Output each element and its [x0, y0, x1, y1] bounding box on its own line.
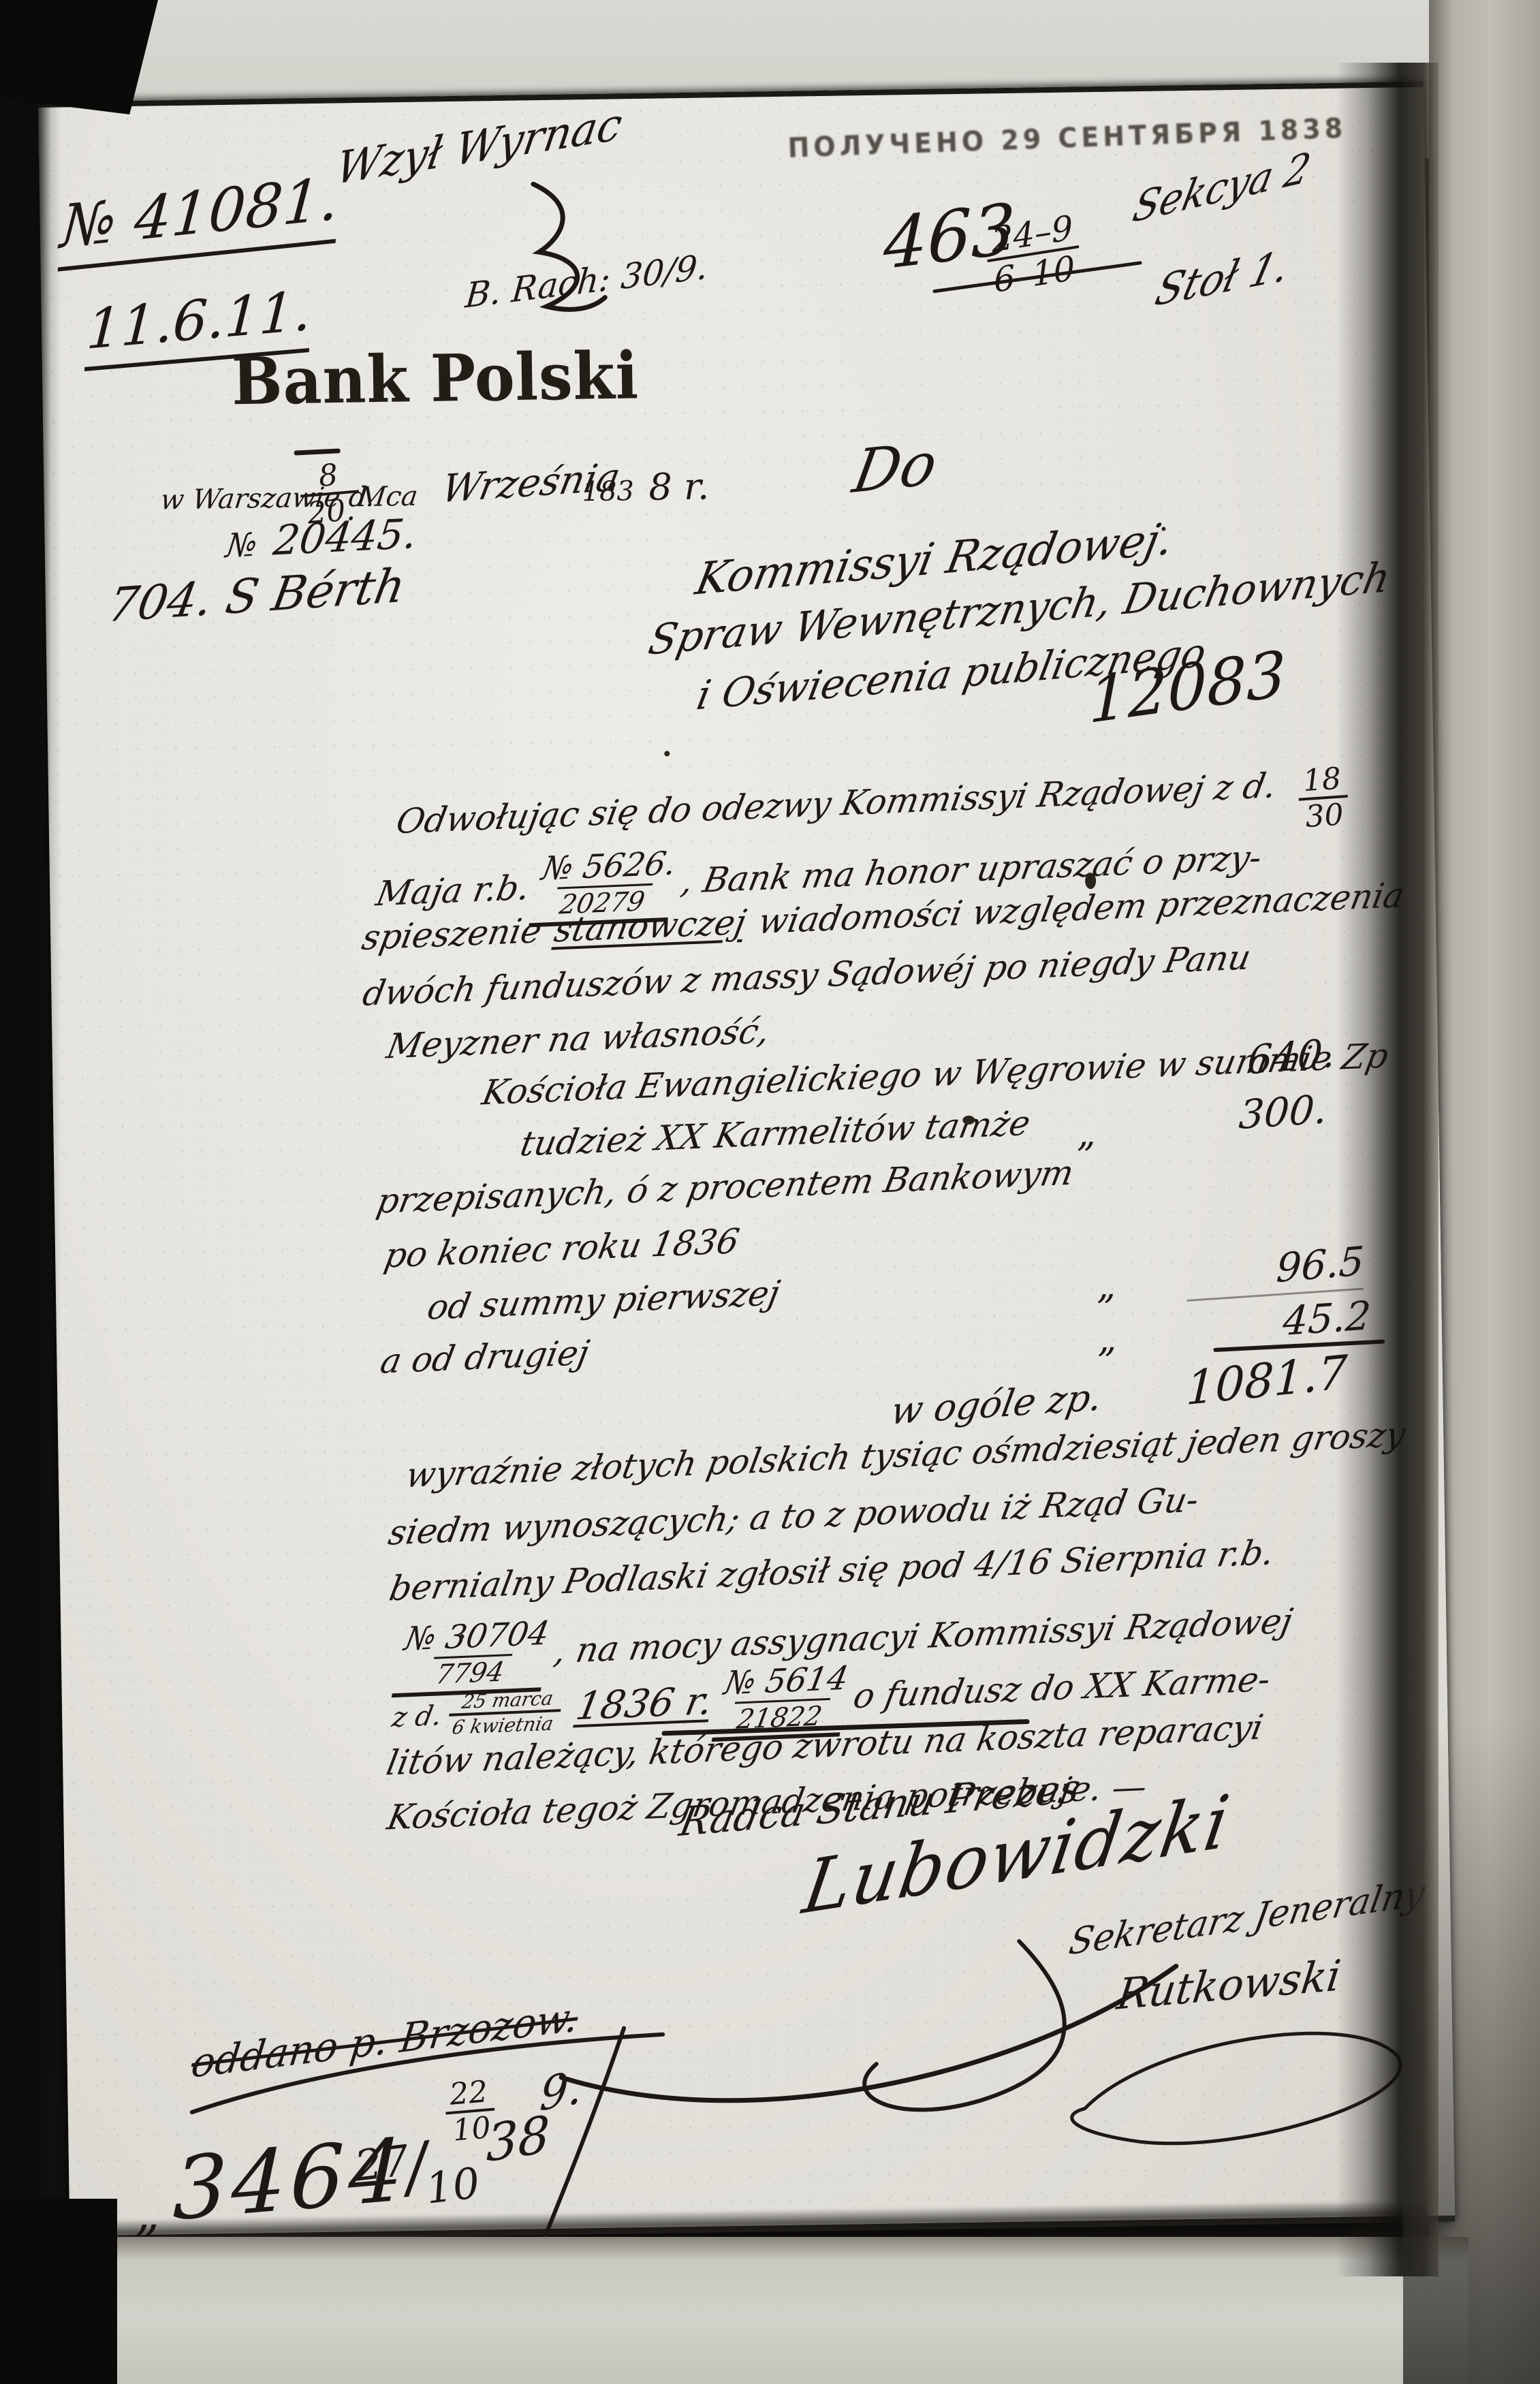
note-day: 22 [445, 2077, 492, 2112]
body2-line-5-year: 1836 r. [573, 1678, 717, 1729]
bottom-right-shade [1403, 1716, 1540, 2384]
background-page-bottom [38, 2237, 1468, 2384]
exit-month: 10 [423, 2159, 482, 2213]
page-left-edge-shadow [38, 87, 61, 2301]
ink-blot [1085, 873, 1096, 889]
exit-year: 38 [486, 2105, 550, 2174]
body-line-3a: spieszenie [359, 911, 545, 958]
letter-number-label: № [224, 525, 260, 565]
file-ref-dates: 24–9 6–10 [986, 210, 1081, 298]
ink-speck [1161, 527, 1165, 531]
photo-left-black-border [0, 0, 38, 2384]
scanned-archival-letter: № 41081. 11.6.11. Wzył Wyrnac B. Rach: 3… [0, 0, 1540, 2384]
body2-line-5-post: o fundusz do XX Karme- [850, 1659, 1274, 1716]
body-line-3b-underlined: stanowczej [551, 903, 749, 950]
letterhead-mca: Mca [356, 481, 420, 513]
letterhead-year-printed: 183 [582, 475, 634, 507]
photo-bottom-left-black-corner [0, 2199, 117, 2384]
ref-5626-top: № 5626. [536, 847, 681, 888]
letterhead-year-handwritten: 8 r. [648, 465, 710, 508]
body2-line-5-zd: z d. [390, 1700, 445, 1734]
exit-date: 27/10 [352, 2126, 482, 2215]
address-to: Do [848, 430, 942, 507]
letter-number-line: №20445. [223, 511, 420, 567]
amount-640: 640. [1246, 1030, 1336, 1083]
ref-5614-top: № 5614 [719, 1662, 853, 1702]
file-ref-date-fraction: 24–9 6–10 [986, 210, 1081, 298]
letterhead-bank-name: Bank Polski [231, 339, 639, 419]
letter-page: № 41081. 11.6.11. Wzył Wyrnac B. Rach: 3… [38, 82, 1455, 2242]
ditto-mark-line-10: „ [1096, 1265, 1116, 1308]
ink-speck [664, 751, 670, 756]
ink-speck [459, 1634, 464, 1639]
ref-30704-top: № 30704 [399, 1617, 555, 1658]
ditto-mark-line-7: „ [1076, 1112, 1096, 1155]
date-6kwietnia: 6 kwietnia [445, 1709, 561, 1738]
date-fraction-25marca: 25 marca6 kwietnia [445, 1689, 565, 1738]
letterhead-day-top: 8 [315, 460, 342, 493]
ditto-mark-line-11: „ [1097, 1318, 1117, 1361]
letter-number-value: 20445. [270, 510, 420, 565]
letterhead-year: 1838 r. [582, 465, 709, 509]
amount-300: 300. [1238, 1086, 1329, 1138]
body-line-2-pre: Maja r.b. [373, 868, 533, 914]
